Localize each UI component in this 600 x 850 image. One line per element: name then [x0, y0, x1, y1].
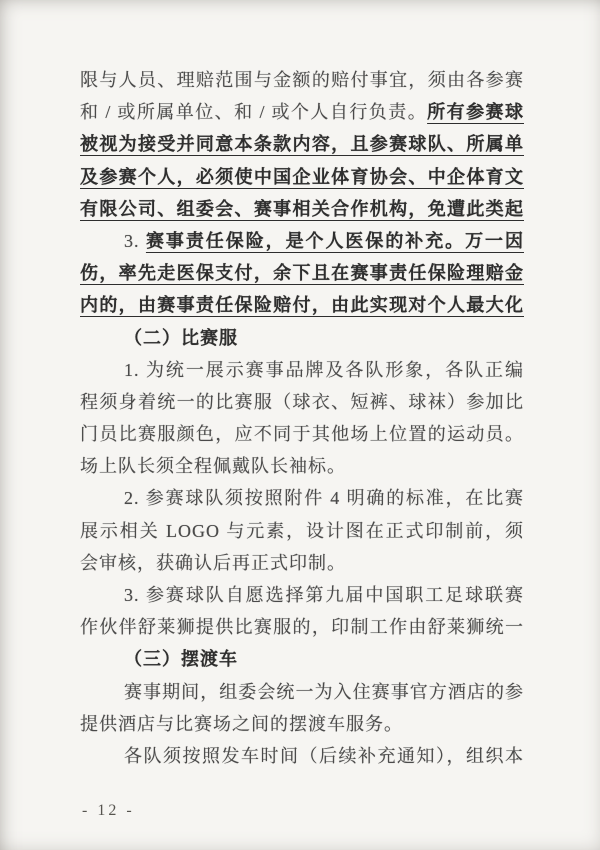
emphasized-text-segment: 及参赛个人，必须使中国企业体育协会、中企体育文化发展 [80, 167, 524, 193]
text-segment: 场上队长须全程佩戴队长袖标。 [80, 456, 346, 476]
text-line: 提供酒店与比赛场之间的摆渡车服务。 [80, 708, 524, 740]
text-line: 内的，由赛事责任保险赔付，由此实现对个人最大化的保障。 [80, 289, 524, 321]
text-line: 门员比赛服颜色，应不同于其他场上位置的运动员。比赛时， [80, 418, 524, 450]
section-heading-shuttle: （三）摆渡车 [80, 643, 524, 675]
text-line: 有限公司、组委会、赛事相关合作机构，免遭此类起诉。 [80, 193, 524, 225]
text-line: 被视为接受并同意本条款内容，且参赛球队、所属单位，以 [80, 128, 524, 160]
page-number: - 12 - [82, 802, 135, 820]
section-heading-uniforms: （二）比赛服 [80, 322, 524, 354]
text-segment: 会审核，获确认后再正式印制。 [80, 553, 346, 573]
text-line: 1. 为统一展示赛事品牌及各队形象，各队正编运动员全 [80, 354, 524, 386]
text-segment: 赛事期间，组委会统一为入住赛事官方酒店的参赛球队， [80, 682, 524, 708]
text-segment: 2. 参赛球队须按照附件 4 明确的标准，在比赛服上印制 [80, 488, 524, 514]
text-line: 伤，率先走医保支付，余下且在赛事责任保险理赔金额范围 [80, 257, 524, 289]
emphasized-text-segment: 赛事责任保险，是个人医保的补充。万一因参赛而受 [80, 231, 524, 257]
text-line: 展示相关 LOGO 与元素，设计图在正式印制前，须提交组委 [80, 515, 524, 547]
text-line: 3. 参赛球队自愿选择第九届中国职工足球联赛黄金合 [80, 579, 524, 611]
text-line: 各队须按照发车时间（后续补充通知），组织本队全体 [80, 740, 524, 772]
emphasized-text-segment: 内的，由赛事责任保险赔付，由此实现对个人最大化的保障。 [80, 295, 524, 321]
text-segment: 门员比赛服颜色，应不同于其他场上位置的运动员。比赛时， [80, 424, 524, 450]
heading-text: （二）比赛服 [124, 328, 238, 348]
text-segment: 和 / 或所属单位、和 / 或个人自行负责。 [80, 102, 427, 122]
emphasized-text-segment: 被视为接受并同意本条款内容，且参赛球队、所属单位，以 [80, 134, 524, 160]
text-line: 及参赛个人，必须使中国企业体育协会、中企体育文化发展 [80, 161, 524, 193]
text-segment: 3. 参赛球队自愿选择第九届中国职工足球联赛黄金合 [80, 585, 524, 611]
text-line: 场上队长须全程佩戴队长袖标。 [80, 450, 524, 482]
text-segment: 作伙伴舒莱狮提供比赛服的，印制工作由舒莱狮统一完成。 [80, 617, 524, 643]
text-segment: 程须身着统一的比赛服（球衣、短裤、球袜）参加比赛。守 [80, 392, 524, 418]
text-segment: 展示相关 LOGO 与元素，设计图在正式印制前，须提交组委 [80, 521, 524, 547]
text-line: 赛事期间，组委会统一为入住赛事官方酒店的参赛球队， [80, 676, 524, 708]
document-page: 限与人员、理赔范围与金额的赔付事宜，须由各参赛球队、 和 / 或所属单位、和 /… [0, 0, 600, 850]
emphasized-text-segment: 有限公司、组委会、赛事相关合作机构，免遭此类起诉。 [80, 199, 524, 225]
text-line: 程须身着统一的比赛服（球衣、短裤、球袜）参加比赛。守 [80, 386, 524, 418]
text-line: 会审核，获确认后再正式印制。 [80, 547, 524, 579]
document-body: 限与人员、理赔范围与金额的赔付事宜，须由各参赛球队、 和 / 或所属单位、和 /… [80, 64, 524, 772]
text-line: 作伙伴舒莱狮提供比赛服的，印制工作由舒莱狮统一完成。 [80, 611, 524, 643]
text-segment: 限与人员、理赔范围与金额的赔付事宜，须由各参赛球队、 [80, 70, 524, 96]
text-line: 和 / 或所属单位、和 / 或个人自行负责。所有参赛球队，均 [80, 96, 524, 128]
list-number: 3. [124, 231, 146, 251]
text-segment: 1. 为统一展示赛事品牌及各队形象，各队正编运动员全 [80, 360, 524, 386]
heading-text: （三）摆渡车 [124, 649, 238, 669]
text-segment: 提供酒店与比赛场之间的摆渡车服务。 [80, 714, 403, 734]
text-line: 2. 参赛球队须按照附件 4 明确的标准，在比赛服上印制 [80, 482, 524, 514]
emphasized-text-segment: 伤，率先走医保支付，余下且在赛事责任保险理赔金额范围 [80, 263, 524, 289]
text-line: 限与人员、理赔范围与金额的赔付事宜，须由各参赛球队、 [80, 64, 524, 96]
text-segment: 各队须按照发车时间（后续补充通知），组织本队全体 [80, 746, 524, 772]
text-line: 3. 赛事责任保险，是个人医保的补充。万一因参赛而受 [80, 225, 524, 257]
